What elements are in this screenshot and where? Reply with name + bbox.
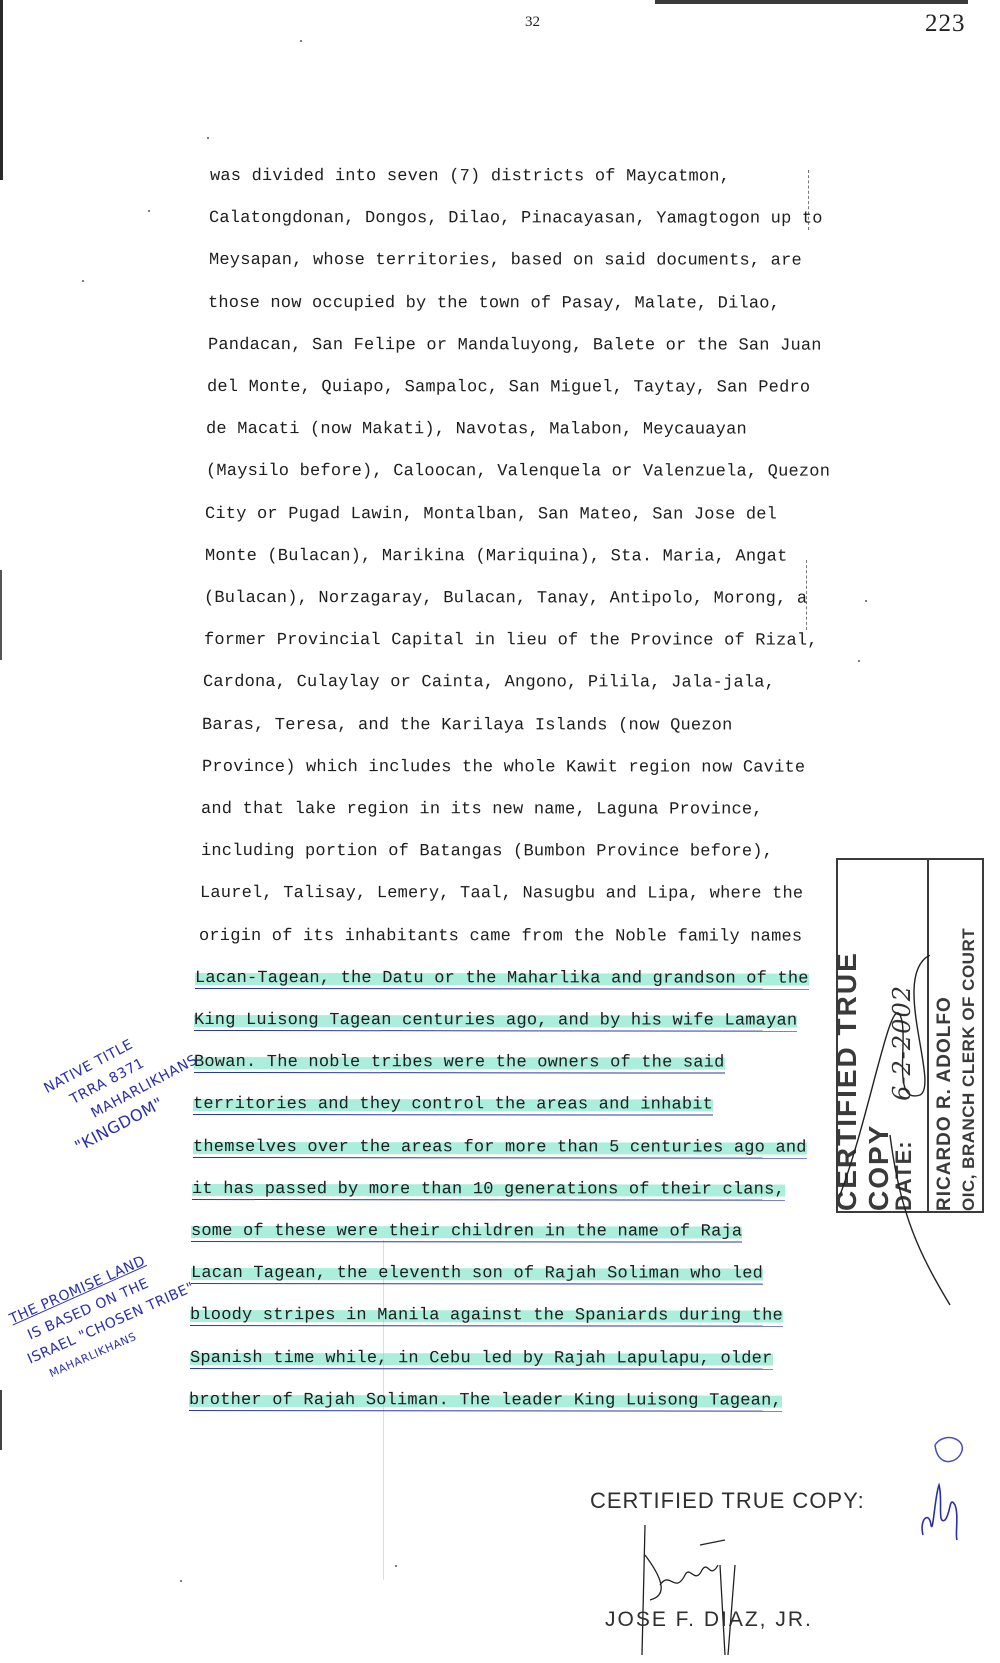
text-line: Spanish time while, in Cebu led by Rajah…: [190, 1349, 773, 1369]
certified-true-copy-label: CERTIFIED TRUE COPY:: [590, 1488, 865, 1514]
signature: [640, 1515, 760, 1655]
text-line: bloody stripes in Manila against the Spa…: [190, 1306, 783, 1326]
text-line: (Maysilo before), Caloocan, Valenquela o…: [206, 462, 830, 482]
text-line: King Luisong Tagean centuries ago, and b…: [194, 1011, 797, 1031]
text-line: brother of Rajah Soliman. The leader Kin…: [189, 1391, 782, 1411]
text-line: Baras, Teresa, and the Karilaya Islands …: [202, 716, 733, 736]
text-line: Calatongdonan, Dongos, Dilao, Pinacayasa…: [209, 209, 823, 229]
text-line: Lacan-Tagean, the Datu or the Maharlika …: [195, 969, 809, 989]
scan-edge: [0, 570, 2, 660]
text-line: Meysapan, whose territories, based on sa…: [209, 251, 802, 271]
text-line: including portion of Batangas (Bumbon Pr…: [201, 842, 773, 862]
page-number-right: 223: [925, 10, 966, 38]
signatory-name: JOSE F. DIAZ, JR.: [605, 1608, 813, 1632]
text-line: and that lake region in its new name, La…: [201, 800, 763, 820]
scan-edge-top: [655, 0, 968, 4]
text-line: Laurel, Talisay, Lemery, Taal, Nasugbu a…: [200, 884, 803, 904]
text-line: was divided into seven (7) districts of …: [210, 167, 730, 187]
handwritten-initials: [915, 1425, 975, 1545]
text-line: Cardona, Culaylay or Cainta, Angono, Pil…: [203, 673, 775, 693]
text-line: (Bulacan), Norzagaray, Bulacan, Tanay, A…: [204, 589, 807, 609]
text-line: Pandacan, San Felipe or Mandaluyong, Bal…: [208, 336, 822, 356]
margin-note-native-title: NATIVE TITLE TRRA 8371 MAHARLIKHANS "KIN…: [40, 1010, 212, 1157]
text-line: Monte (Bulacan), Marikina (Mariquina), S…: [205, 547, 788, 567]
text-line: it has passed by more than 10 generation…: [192, 1180, 785, 1200]
text-line: Bowan. The noble tribes were the owners …: [194, 1053, 725, 1073]
scan-edge: [0, 0, 3, 180]
text-line: some of these were their children in the…: [191, 1222, 742, 1242]
text-line: Lacan Tagean, the eleventh son of Rajah …: [191, 1264, 763, 1284]
page-number-center: 32: [525, 14, 540, 31]
text-line: del Monte, Quiapo, Sampaloc, San Miguel,…: [207, 378, 810, 398]
margin-note-promise-land: THE PROMISE LAND IS BASED ON THE ISRAEL …: [6, 1236, 207, 1390]
text-line: former Provincial Capital in lieu of the…: [204, 631, 818, 651]
text-line: de Macati (now Makati), Navotas, Malabon…: [206, 420, 747, 440]
scan-edge: [0, 1390, 2, 1450]
text-line: those now occupied by the town of Pasay,…: [208, 294, 780, 314]
text-line: Province) which includes the whole Kawit…: [202, 758, 805, 778]
text-line: territories and they control the areas a…: [193, 1095, 713, 1115]
text-line: themselves over the areas for more than …: [193, 1138, 807, 1158]
text-line: City or Pugad Lawin, Montalban, San Mate…: [205, 505, 777, 525]
clerk-signature: [830, 955, 1000, 1315]
text-line: origin of its inhabitants came from the …: [199, 927, 802, 947]
